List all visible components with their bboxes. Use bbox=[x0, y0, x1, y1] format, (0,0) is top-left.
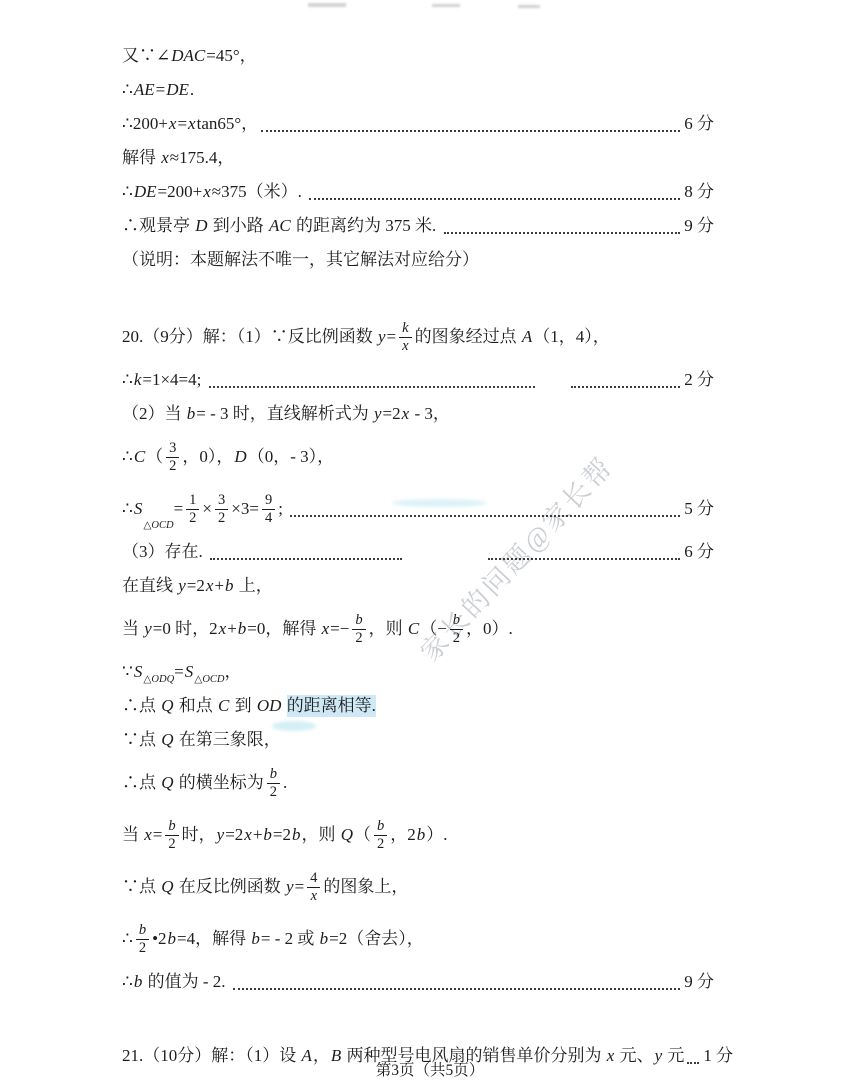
text-run: ，则 bbox=[369, 618, 407, 639]
fraction: b2 bbox=[374, 818, 387, 852]
fraction: 32 bbox=[215, 492, 228, 526]
text-run: = bbox=[153, 824, 163, 845]
math-var: S bbox=[184, 661, 195, 682]
text-run: 解得 bbox=[122, 147, 160, 168]
math-var: S bbox=[133, 661, 144, 682]
score-label: 9 分 bbox=[684, 215, 714, 236]
text-run: - 3， bbox=[410, 403, 450, 424]
solution-line-8: 20.（9分）解：（1）∵反比例函数 y=kx的图象经过点 A（1，4）， bbox=[122, 316, 714, 358]
text-run: ∴ bbox=[122, 498, 133, 519]
math-var: AC bbox=[268, 215, 292, 236]
score-label: 8 分 bbox=[684, 181, 714, 202]
math-var: DE bbox=[165, 79, 190, 100]
fraction: 94 bbox=[262, 492, 275, 526]
score-label: 9 分 bbox=[684, 971, 714, 992]
text-run: ∴ bbox=[122, 446, 133, 467]
math-var: b bbox=[186, 403, 197, 424]
text-run: = - 3 时，直线解析式为 bbox=[196, 403, 373, 424]
dot-leader bbox=[261, 128, 680, 132]
dot-leader bbox=[488, 556, 680, 560]
text-run: 当 bbox=[122, 618, 143, 639]
fraction-denominator: x bbox=[399, 338, 411, 355]
text-run: 的值为 - 2. bbox=[143, 971, 229, 992]
fraction: b2 bbox=[450, 612, 463, 646]
subscript: △OCD bbox=[194, 673, 224, 686]
text-run: + bbox=[253, 824, 263, 845]
math-var: x bbox=[187, 113, 197, 134]
solution-line-15: 当 y=0 时，2x+b=0，解得 x=−b2，则 C（−b2，0）. bbox=[122, 608, 714, 650]
text-run: ， bbox=[225, 661, 242, 682]
math-var: Q bbox=[160, 695, 174, 716]
text-run: + bbox=[227, 618, 237, 639]
math-var: Q bbox=[160, 876, 174, 897]
fraction: b2 bbox=[352, 612, 365, 646]
math-var: C bbox=[133, 446, 146, 467]
solution-line-23: ∴b 的值为 - 2. 9 分 bbox=[122, 970, 714, 994]
text-run: ∵点 bbox=[122, 729, 160, 750]
text-run: = bbox=[156, 79, 166, 100]
solution-line-7: （说明：本题解法不唯一，其它解法对应给分） bbox=[122, 248, 714, 272]
text-run: = bbox=[295, 876, 305, 897]
text-run: =200+ bbox=[158, 181, 203, 202]
solution-line-3: ∴200+x=xtan65°，6 分 bbox=[122, 112, 714, 136]
text-run: = bbox=[387, 326, 397, 347]
page-footer: 第3页（共5页） bbox=[0, 1058, 860, 1080]
fraction: kx bbox=[399, 320, 411, 354]
math-var: x bbox=[160, 147, 170, 168]
solution-line-1: 又∵∠DAC=45°， bbox=[122, 44, 714, 68]
solution-line-14: 在直线 y=2x+b 上， bbox=[122, 574, 714, 598]
text-run: 在第三象限， bbox=[175, 729, 281, 750]
text-run: ，则 bbox=[302, 824, 340, 845]
text-run: ，2 bbox=[390, 824, 416, 845]
fraction-numerator: b bbox=[165, 818, 178, 836]
math-var: OD bbox=[256, 695, 283, 716]
text-run: 上， bbox=[235, 575, 273, 596]
fraction-denominator: 2 bbox=[166, 458, 179, 475]
text-run: ; bbox=[278, 498, 287, 519]
math-var: b bbox=[224, 575, 235, 596]
text-run: ∴观景亭 bbox=[122, 215, 194, 236]
scan-artifact bbox=[432, 4, 460, 7]
text-run: =45°， bbox=[206, 45, 256, 66]
highlighted-text: 的距离相等. bbox=[287, 695, 376, 716]
fraction: b2 bbox=[165, 818, 178, 852]
solution-line-6: ∴观景亭 D 到小路 AC 的距离约为 375 米. 9 分 bbox=[122, 214, 714, 238]
fraction-numerator: 3 bbox=[215, 492, 228, 510]
fraction-denominator: 2 bbox=[352, 630, 365, 647]
dot-leader bbox=[210, 556, 402, 560]
solution-lines: 又∵∠DAC=45°，∴AE=DE.∴200+x=xtan65°，6 分解得 x… bbox=[122, 44, 714, 1068]
fraction-numerator: 4 bbox=[307, 870, 320, 888]
score-label: 5 分 bbox=[684, 498, 714, 519]
text-run: ∴点 bbox=[122, 772, 160, 793]
solution-line-17: ∴点 Q 和点 C 到 OD 的距离相等. bbox=[122, 694, 714, 718]
math-var: b bbox=[416, 824, 427, 845]
subscript: △OCD bbox=[143, 519, 173, 532]
text-run: ∴ bbox=[122, 928, 133, 949]
solution-line-4: 解得 x≈175.4， bbox=[122, 146, 714, 170]
math-var: x bbox=[168, 113, 178, 134]
fraction: b2 bbox=[267, 766, 280, 800]
text-run: = bbox=[174, 498, 184, 519]
text-run: 20.（9分）解：（1）∵反比例函数 bbox=[122, 326, 377, 347]
text-run: 在直线 bbox=[122, 575, 177, 596]
text-run: 的横坐标为 bbox=[175, 772, 264, 793]
text-run: ∴ bbox=[122, 79, 133, 100]
text-run: = - 2 或 bbox=[261, 928, 319, 949]
dot-leader bbox=[290, 513, 680, 517]
document-page: 家长的问题@家长帮 又∵∠DAC=45°，∴AE=DE.∴200+x=xtan6… bbox=[0, 0, 860, 1088]
text-run: tan65°， bbox=[197, 113, 259, 134]
text-run: 的距离约为 375 米. bbox=[292, 215, 441, 236]
solution-line-21: ∵点 Q 在反比例函数 y=4x的图象上， bbox=[122, 866, 714, 908]
solution-line-20: 当 x=b2时，y=2x+b=2b，则 Q（b2，2b）. bbox=[122, 814, 714, 856]
math-var: D bbox=[194, 215, 208, 236]
text-run: 和点 bbox=[175, 695, 218, 716]
text-run: ∴点 bbox=[122, 695, 160, 716]
math-var: Q bbox=[160, 772, 174, 793]
math-var: b bbox=[262, 824, 273, 845]
text-run: （2）当 bbox=[122, 403, 186, 424]
text-run: =2 bbox=[225, 824, 243, 845]
text-run: ∴ bbox=[122, 971, 133, 992]
text-run: ×3= bbox=[231, 498, 259, 519]
math-var: y bbox=[143, 618, 153, 639]
math-var: b bbox=[167, 928, 178, 949]
fraction-denominator: 2 bbox=[450, 630, 463, 647]
text-run: （ bbox=[354, 824, 371, 845]
score-label: 2 分 bbox=[684, 369, 714, 390]
text-run: 到 bbox=[230, 695, 256, 716]
math-var: y bbox=[285, 876, 295, 897]
text-run: ∴200+ bbox=[122, 113, 168, 134]
math-var: b bbox=[291, 824, 302, 845]
text-run: ∵ bbox=[122, 661, 133, 682]
math-var: D bbox=[233, 446, 247, 467]
math-var: x bbox=[218, 618, 228, 639]
text-run: ≈175.4， bbox=[170, 147, 235, 168]
fraction: 12 bbox=[186, 492, 199, 526]
math-var: y bbox=[177, 575, 187, 596]
text-run: 的图象经过点 bbox=[415, 326, 521, 347]
text-run: ）. bbox=[426, 824, 447, 845]
text-run: = bbox=[174, 661, 184, 682]
dot-leader bbox=[233, 986, 681, 990]
math-var: y bbox=[373, 403, 383, 424]
fraction-numerator: 9 bbox=[262, 492, 275, 510]
math-var: DAC bbox=[170, 45, 206, 66]
scan-artifact bbox=[518, 5, 540, 8]
text-run: ∴ bbox=[122, 181, 133, 202]
fraction-denominator: 2 bbox=[267, 784, 280, 801]
math-var: C bbox=[407, 618, 420, 639]
math-var: b bbox=[133, 971, 144, 992]
fraction: b2 bbox=[136, 922, 149, 956]
fraction-numerator: b bbox=[136, 922, 149, 940]
text-run: 当 bbox=[122, 824, 143, 845]
text-run: （ bbox=[146, 446, 163, 467]
solution-line-2: ∴AE=DE. bbox=[122, 78, 714, 102]
text-run: + bbox=[214, 575, 224, 596]
fraction-denominator: 2 bbox=[136, 940, 149, 957]
dot-leader bbox=[209, 384, 536, 388]
text-run: ，0）. bbox=[466, 618, 513, 639]
dot-leader bbox=[309, 196, 680, 200]
fraction-numerator: 3 bbox=[166, 440, 179, 458]
math-var: b bbox=[319, 928, 330, 949]
text-run: =1×4=4; bbox=[142, 369, 205, 390]
math-var: y bbox=[377, 326, 387, 347]
text-run: =2 bbox=[383, 403, 401, 424]
math-var: S bbox=[133, 498, 144, 519]
math-var: Q bbox=[340, 824, 354, 845]
fraction: 4x bbox=[307, 870, 320, 904]
math-var: x bbox=[401, 403, 411, 424]
math-var: DE bbox=[133, 181, 158, 202]
math-var: Q bbox=[160, 729, 174, 750]
solution-line-10: （2）当 b= - 3 时，直线解析式为 y=2x - 3， bbox=[122, 402, 714, 426]
subscript: △ODQ bbox=[143, 673, 174, 686]
solution-line-11: ∴C（32，0），D（0，- 3）， bbox=[122, 436, 714, 478]
math-var: b bbox=[237, 618, 248, 639]
text-run: =0，解得 bbox=[247, 618, 320, 639]
text-run: =2 bbox=[273, 824, 291, 845]
text-run: （0，- 3）， bbox=[248, 446, 334, 467]
math-var: x bbox=[243, 824, 253, 845]
fraction-numerator: b bbox=[374, 818, 387, 836]
text-run: 到小路 bbox=[209, 215, 269, 236]
text-run: . bbox=[283, 772, 287, 793]
fraction-denominator: 4 bbox=[262, 510, 275, 527]
text-run: . bbox=[190, 79, 194, 100]
text-run: =2 bbox=[187, 575, 205, 596]
math-var: x bbox=[143, 824, 153, 845]
text-run: =− bbox=[330, 618, 349, 639]
solution-line-13: （3）存在. 6 分 bbox=[122, 540, 714, 564]
fraction-denominator: 2 bbox=[186, 510, 199, 527]
fraction-denominator: 2 bbox=[215, 510, 228, 527]
score-label: 6 分 bbox=[684, 113, 714, 134]
text-run: 的图象上， bbox=[323, 876, 408, 897]
text-run: =4，解得 bbox=[177, 928, 250, 949]
math-var: A bbox=[521, 326, 533, 347]
fraction-denominator: x bbox=[308, 888, 320, 905]
dot-leader bbox=[444, 230, 681, 234]
fraction-denominator: 2 bbox=[374, 836, 387, 853]
text-run: （3）存在. bbox=[122, 541, 207, 562]
math-var: AE bbox=[133, 79, 156, 100]
text-run: （1，4）， bbox=[533, 326, 610, 347]
solution-line-12: ∴S△OCD=12×32×3=94; 5 分 bbox=[122, 488, 714, 530]
text-run: ∴ bbox=[122, 369, 133, 390]
text-run: = bbox=[177, 113, 187, 134]
score-label: 6 分 bbox=[684, 541, 714, 562]
math-var: k bbox=[133, 369, 143, 390]
solution-line-19: ∴点 Q 的横坐标为b2. bbox=[122, 762, 714, 804]
solution-line-18: ∵点 Q 在第三象限， bbox=[122, 728, 714, 752]
text-run: × bbox=[202, 498, 212, 519]
solution-line-9: ∴k=1×4=4; 2 分 bbox=[122, 368, 714, 392]
solution-line-22: ∴b2•2b=4，解得 b= - 2 或 b=2（舍去）， bbox=[122, 918, 714, 960]
text-run: =2（舍去）， bbox=[329, 928, 424, 949]
text-run: ，0）， bbox=[182, 446, 233, 467]
math-var: y bbox=[216, 824, 226, 845]
fraction-numerator: b bbox=[352, 612, 365, 630]
fraction-numerator: b bbox=[450, 612, 463, 630]
dot-leader bbox=[571, 384, 680, 388]
solution-line-5: ∴DE=200+x≈375（米）. 8 分 bbox=[122, 180, 714, 204]
math-var: C bbox=[217, 695, 230, 716]
math-var: x bbox=[321, 618, 331, 639]
scan-artifact bbox=[308, 3, 346, 7]
text-run: （说明：本题解法不唯一，其它解法对应给分） bbox=[122, 249, 479, 270]
text-run: ∵点 bbox=[122, 876, 160, 897]
text-run: =0 时，2 bbox=[153, 618, 218, 639]
fraction-numerator: k bbox=[399, 320, 411, 338]
fraction-numerator: b bbox=[267, 766, 280, 784]
text-run: 又∵∠ bbox=[122, 45, 170, 66]
math-var: x bbox=[205, 575, 215, 596]
text-run: 在反比例函数 bbox=[175, 876, 286, 897]
text-run: 时， bbox=[182, 824, 216, 845]
text-run: （− bbox=[420, 618, 447, 639]
text-run: •2 bbox=[152, 928, 166, 949]
math-var: x bbox=[202, 181, 212, 202]
text-run: ≈375（米）. bbox=[212, 181, 306, 202]
fraction-denominator: 2 bbox=[165, 836, 178, 853]
fraction-numerator: 1 bbox=[186, 492, 199, 510]
solution-line-16: ∵S△ODQ=S△OCD， bbox=[122, 660, 714, 684]
fraction: 32 bbox=[166, 440, 179, 474]
math-var: b bbox=[250, 928, 261, 949]
